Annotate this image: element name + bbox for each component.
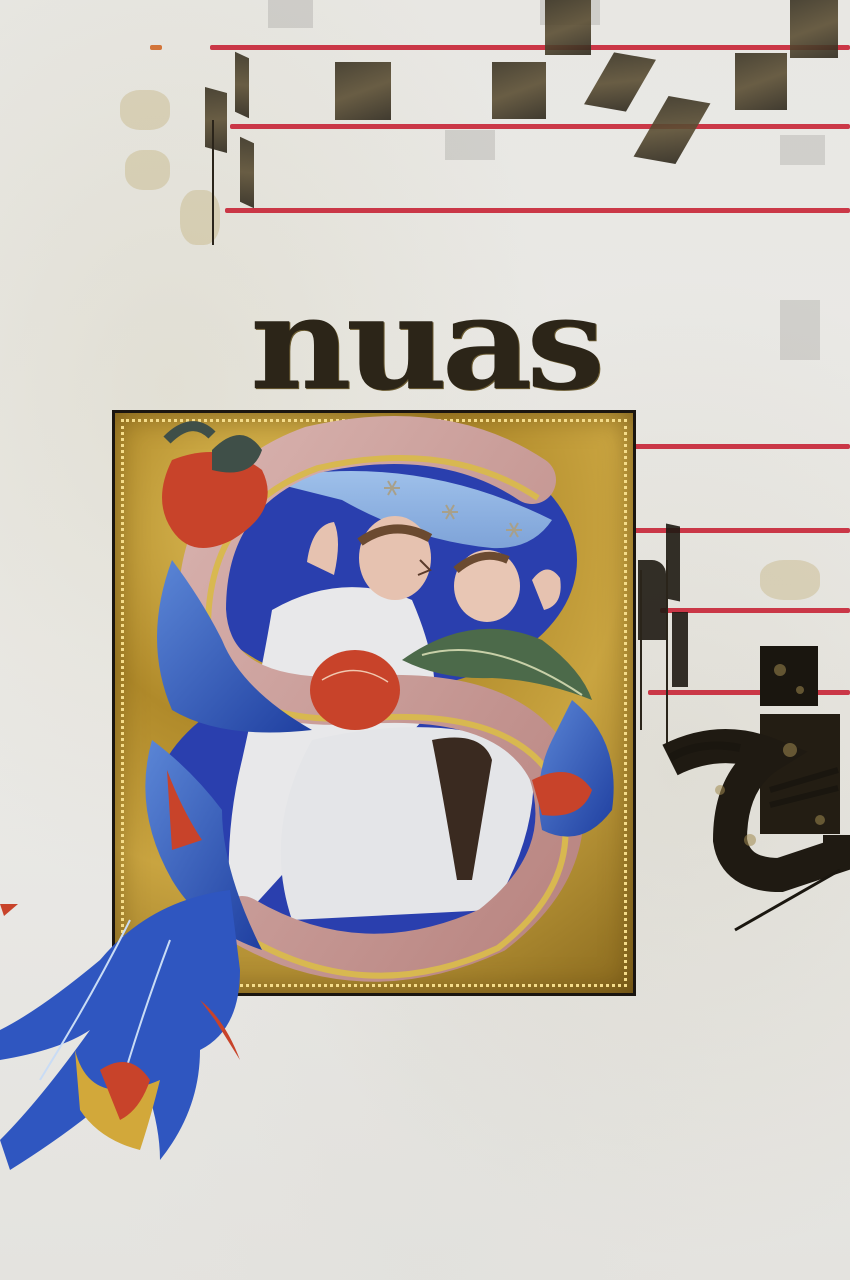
staff-line [150,45,162,50]
chant-note [638,560,666,640]
chant-note [240,137,254,209]
staff-line [632,444,850,449]
stain [125,150,170,190]
staff-line [632,528,850,533]
note-stem [212,120,214,245]
gothic-text: nuas [250,269,599,420]
stain [180,190,220,245]
chant-note [790,0,838,58]
ghost-note [780,135,825,165]
capital-letter-d [660,640,850,940]
chant-note [735,53,787,110]
chant-note [335,62,391,120]
note-stem [640,570,642,730]
staff-line [210,45,850,50]
staff-line [230,124,850,129]
stain [120,90,170,130]
chant-note [666,524,680,602]
chant-note [492,62,546,119]
staff-line [660,608,850,613]
staff-line [225,208,850,213]
blue-acanthus-foliage [0,880,260,1180]
stain [760,560,820,600]
chant-note [545,0,591,55]
chant-note [235,52,249,119]
chant-note [205,87,227,153]
ghost-note [780,300,820,360]
ghost-note [268,0,313,28]
ghost-note [445,130,495,160]
